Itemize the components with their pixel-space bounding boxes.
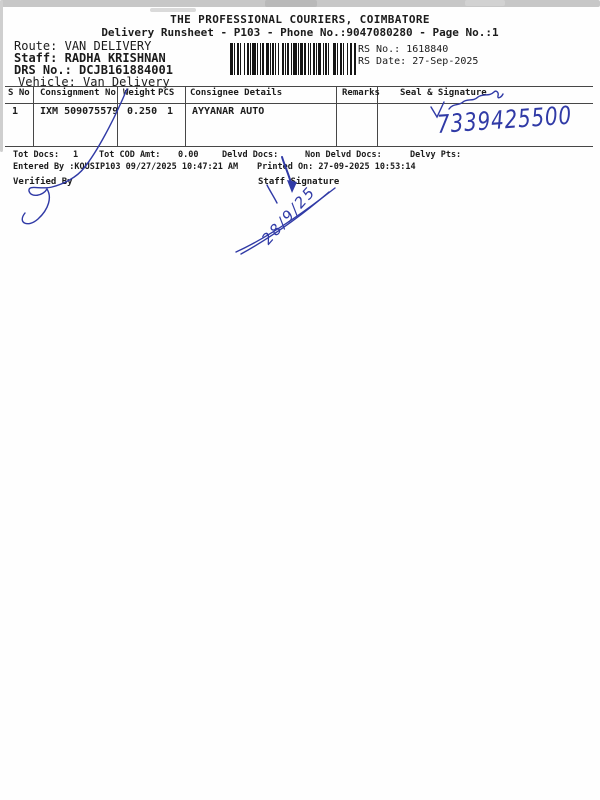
table-border [5, 103, 593, 104]
row-weight: 0.250 [127, 106, 157, 117]
non-delvd-label: Non Delvd Docs: [305, 151, 382, 160]
col-header-consignment: Consignment No [40, 89, 116, 99]
table-border [5, 86, 593, 87]
col-header-weight: Weight [123, 89, 156, 99]
col-header-sno: S No [8, 89, 30, 99]
scanned-delivery-runsheet: THE PROFESSIONAL COURIERS, COIMBATORE De… [0, 0, 600, 800]
runsheet-subtitle: Delivery Runsheet - P103 - Phone No.:904… [0, 27, 600, 39]
delvy-pts-label: Delvy Pts: [410, 151, 461, 160]
printed-on-line: Printed On: 27-09-2025 10:53:14 [257, 163, 416, 172]
row-pcs: 1 [167, 106, 173, 117]
rs-no-value: 1618840 [406, 44, 448, 55]
handwritten-phone: 7339425500 [436, 101, 573, 139]
row-sno: 1 [12, 106, 18, 117]
rs-no-label: RS No.: [358, 44, 400, 55]
tot-cod-label: Tot COD Amt: [99, 151, 160, 160]
rs-date-line: RS Date: 27-Sep-2025 [358, 56, 478, 67]
barcode-icon [230, 43, 356, 75]
staff-signature-label: Staff Signature [258, 178, 339, 188]
table-border [33, 86, 34, 146]
tot-docs-label: Tot Docs: [13, 151, 59, 160]
col-header-consignee: Consignee Details [190, 89, 282, 99]
company-title: THE PROFESSIONAL COURIERS, COIMBATORE [0, 14, 600, 26]
scan-smudge [265, 0, 317, 7]
rs-date-value: 27-Sep-2025 [412, 56, 478, 67]
scan-smudge [150, 8, 196, 12]
handwritten-date: 28/9/25 [258, 183, 319, 248]
table-border [5, 146, 593, 147]
scan-smudge [465, 0, 505, 6]
row-consignee: AYYANAR AUTO [192, 106, 264, 117]
row-consignment: IXM 509075579 [40, 106, 118, 117]
rs-no-line: RS No.: 1618840 [358, 44, 448, 55]
delvd-docs-label: Delvd Docs: [222, 151, 278, 160]
verified-by-label: Verified By [13, 178, 73, 188]
table-border [336, 86, 337, 146]
entered-by-line: Entered By :KOUSIP103 09/27/2025 10:47:2… [13, 163, 238, 172]
col-header-pcs: PCS [158, 89, 174, 99]
tot-docs-value: 1 [73, 151, 78, 160]
col-header-seal: Seal & Signature [400, 89, 487, 99]
rs-date-label: RS Date: [358, 56, 406, 67]
tot-cod-value: 0.00 [178, 151, 198, 160]
table-border [185, 86, 186, 146]
col-header-remarks: Remarks [342, 89, 380, 99]
